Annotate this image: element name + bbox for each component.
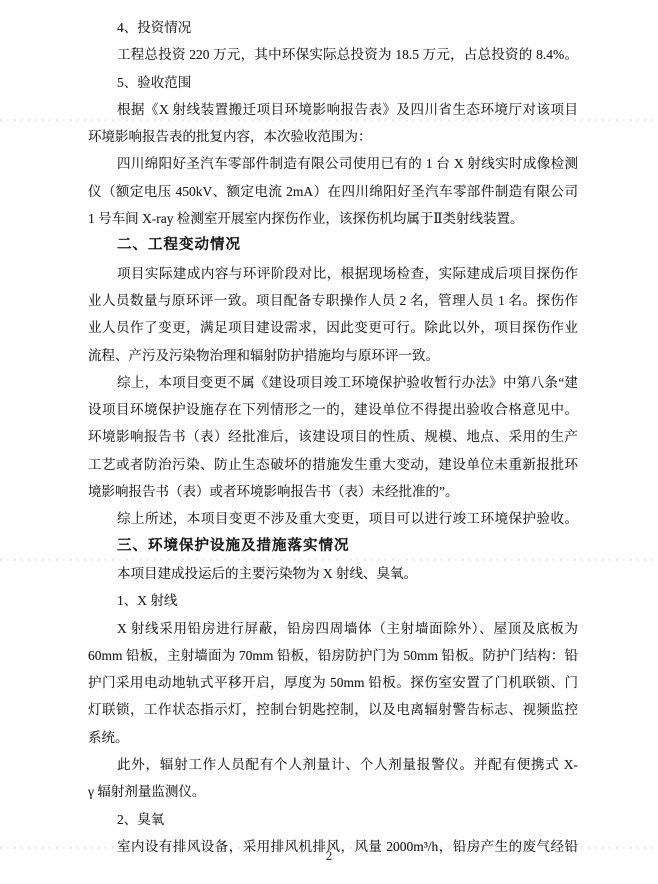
para-line: 境影响报告书（表）或者环境影响报告书（表）未经批准的”。 bbox=[88, 478, 578, 505]
numbered-item: 4、投资情况 bbox=[88, 14, 578, 41]
para-line: 设项目环境保护设施存在下列情形之一的，建设单位不得提出验收合格意见中。 bbox=[88, 396, 578, 423]
page-number: 2 bbox=[0, 848, 658, 864]
numbered-item: 5、验收范围 bbox=[88, 69, 578, 96]
numbered-item: 1、X 射线 bbox=[88, 587, 578, 614]
para-line: 工艺或者防治污染、防止生态破坏的措施发生重大变动，建设单位未重新报批环 bbox=[88, 451, 578, 478]
para-line: 仪（额定电压 450kV、额定电流 2mA）在四川绵阳好圣汽车零部件制造有限公司 bbox=[88, 178, 578, 205]
para-start: 项目实际建成内容与环评阶段对比，根据现场检查，实际建成后项目探伤作 bbox=[88, 260, 578, 287]
section-heading: 三、环境保护设施及措施落实情况 bbox=[88, 533, 578, 560]
para-line: 护门采用电动地轨式平移开启，厚度为 50mm 铅板。探伤室安置了门机联锁、门 bbox=[88, 669, 578, 696]
para-line: 业人员数量与原环评一致。项目配备专职操作人员 2 名，管理人员 1 名。探伤作 bbox=[88, 287, 578, 314]
para-line: γ 辐射剂量监测仪。 bbox=[88, 778, 578, 805]
para-start: 工程总投资 220 万元，其中环保实际总投资为 18.5 万元，占总投资的 8.… bbox=[88, 41, 578, 68]
para-line: 系统。 bbox=[88, 724, 578, 751]
para-line: 1 号车间 X-ray 检测室开展室内探伤作业，该探伤机均属于Ⅱ类射线装置。 bbox=[88, 205, 578, 232]
document-page: 4、投资情况工程总投资 220 万元，其中环保实际总投资为 18.5 万元，占总… bbox=[0, 0, 658, 884]
para-start: 本项目建成投运后的主要污染物为 X 射线、臭氧。 bbox=[88, 560, 578, 587]
para-start: X 射线采用铅房进行屏蔽，铅房四周墙体（主射墙面除外）、屋顶及底板为 bbox=[88, 615, 578, 642]
para-line: 环境影响报告书（表）经批准后，该建设项目的性质、规模、地点、采用的生产 bbox=[88, 423, 578, 450]
para-start: 根据《X 射线装置搬迁项目环境影响报告表》及四川省生态环境厅对该项目 bbox=[88, 96, 578, 123]
para-start: 此外，辐射工作人员配有个人剂量计、个人剂量报警仪。并配有便携式 X- bbox=[88, 751, 578, 778]
para-start: 综上所述，本项目变更不涉及重大变更，项目可以进行竣工环境保护验收。 bbox=[88, 505, 578, 532]
para-line: 业人员作了变更，满足项目建设需求，因此变更可行。除此以外，项目探伤作业 bbox=[88, 314, 578, 341]
para-line: 环境影响报告表的批复内容，本次验收范围为： bbox=[88, 123, 578, 150]
section-heading: 二、工程变动情况 bbox=[88, 232, 578, 259]
para-line: 60mm 铅板，主射墙面为 70mm 铅板，铅房防护门为 50mm 铅板。防护门… bbox=[88, 642, 578, 669]
numbered-item: 2、臭氧 bbox=[88, 806, 578, 833]
para-start: 综上，本项目变更不属《建设项目竣工环境保护验收暂行办法》中第八条“建 bbox=[88, 369, 578, 396]
para-line: 流程、产污及污染物治理和辐射防护措施均与原环评一致。 bbox=[88, 342, 578, 369]
para-start: 四川绵阳好圣汽车零部件制造有限公司使用已有的 1 台 X 射线实时成像检测 bbox=[88, 150, 578, 177]
para-line: 灯联锁，工作状态指示灯，控制台钥匙控制，以及电离辐射警告标志、视频监控 bbox=[88, 696, 578, 723]
document-body: 4、投资情况工程总投资 220 万元，其中环保实际总投资为 18.5 万元，占总… bbox=[88, 14, 578, 860]
